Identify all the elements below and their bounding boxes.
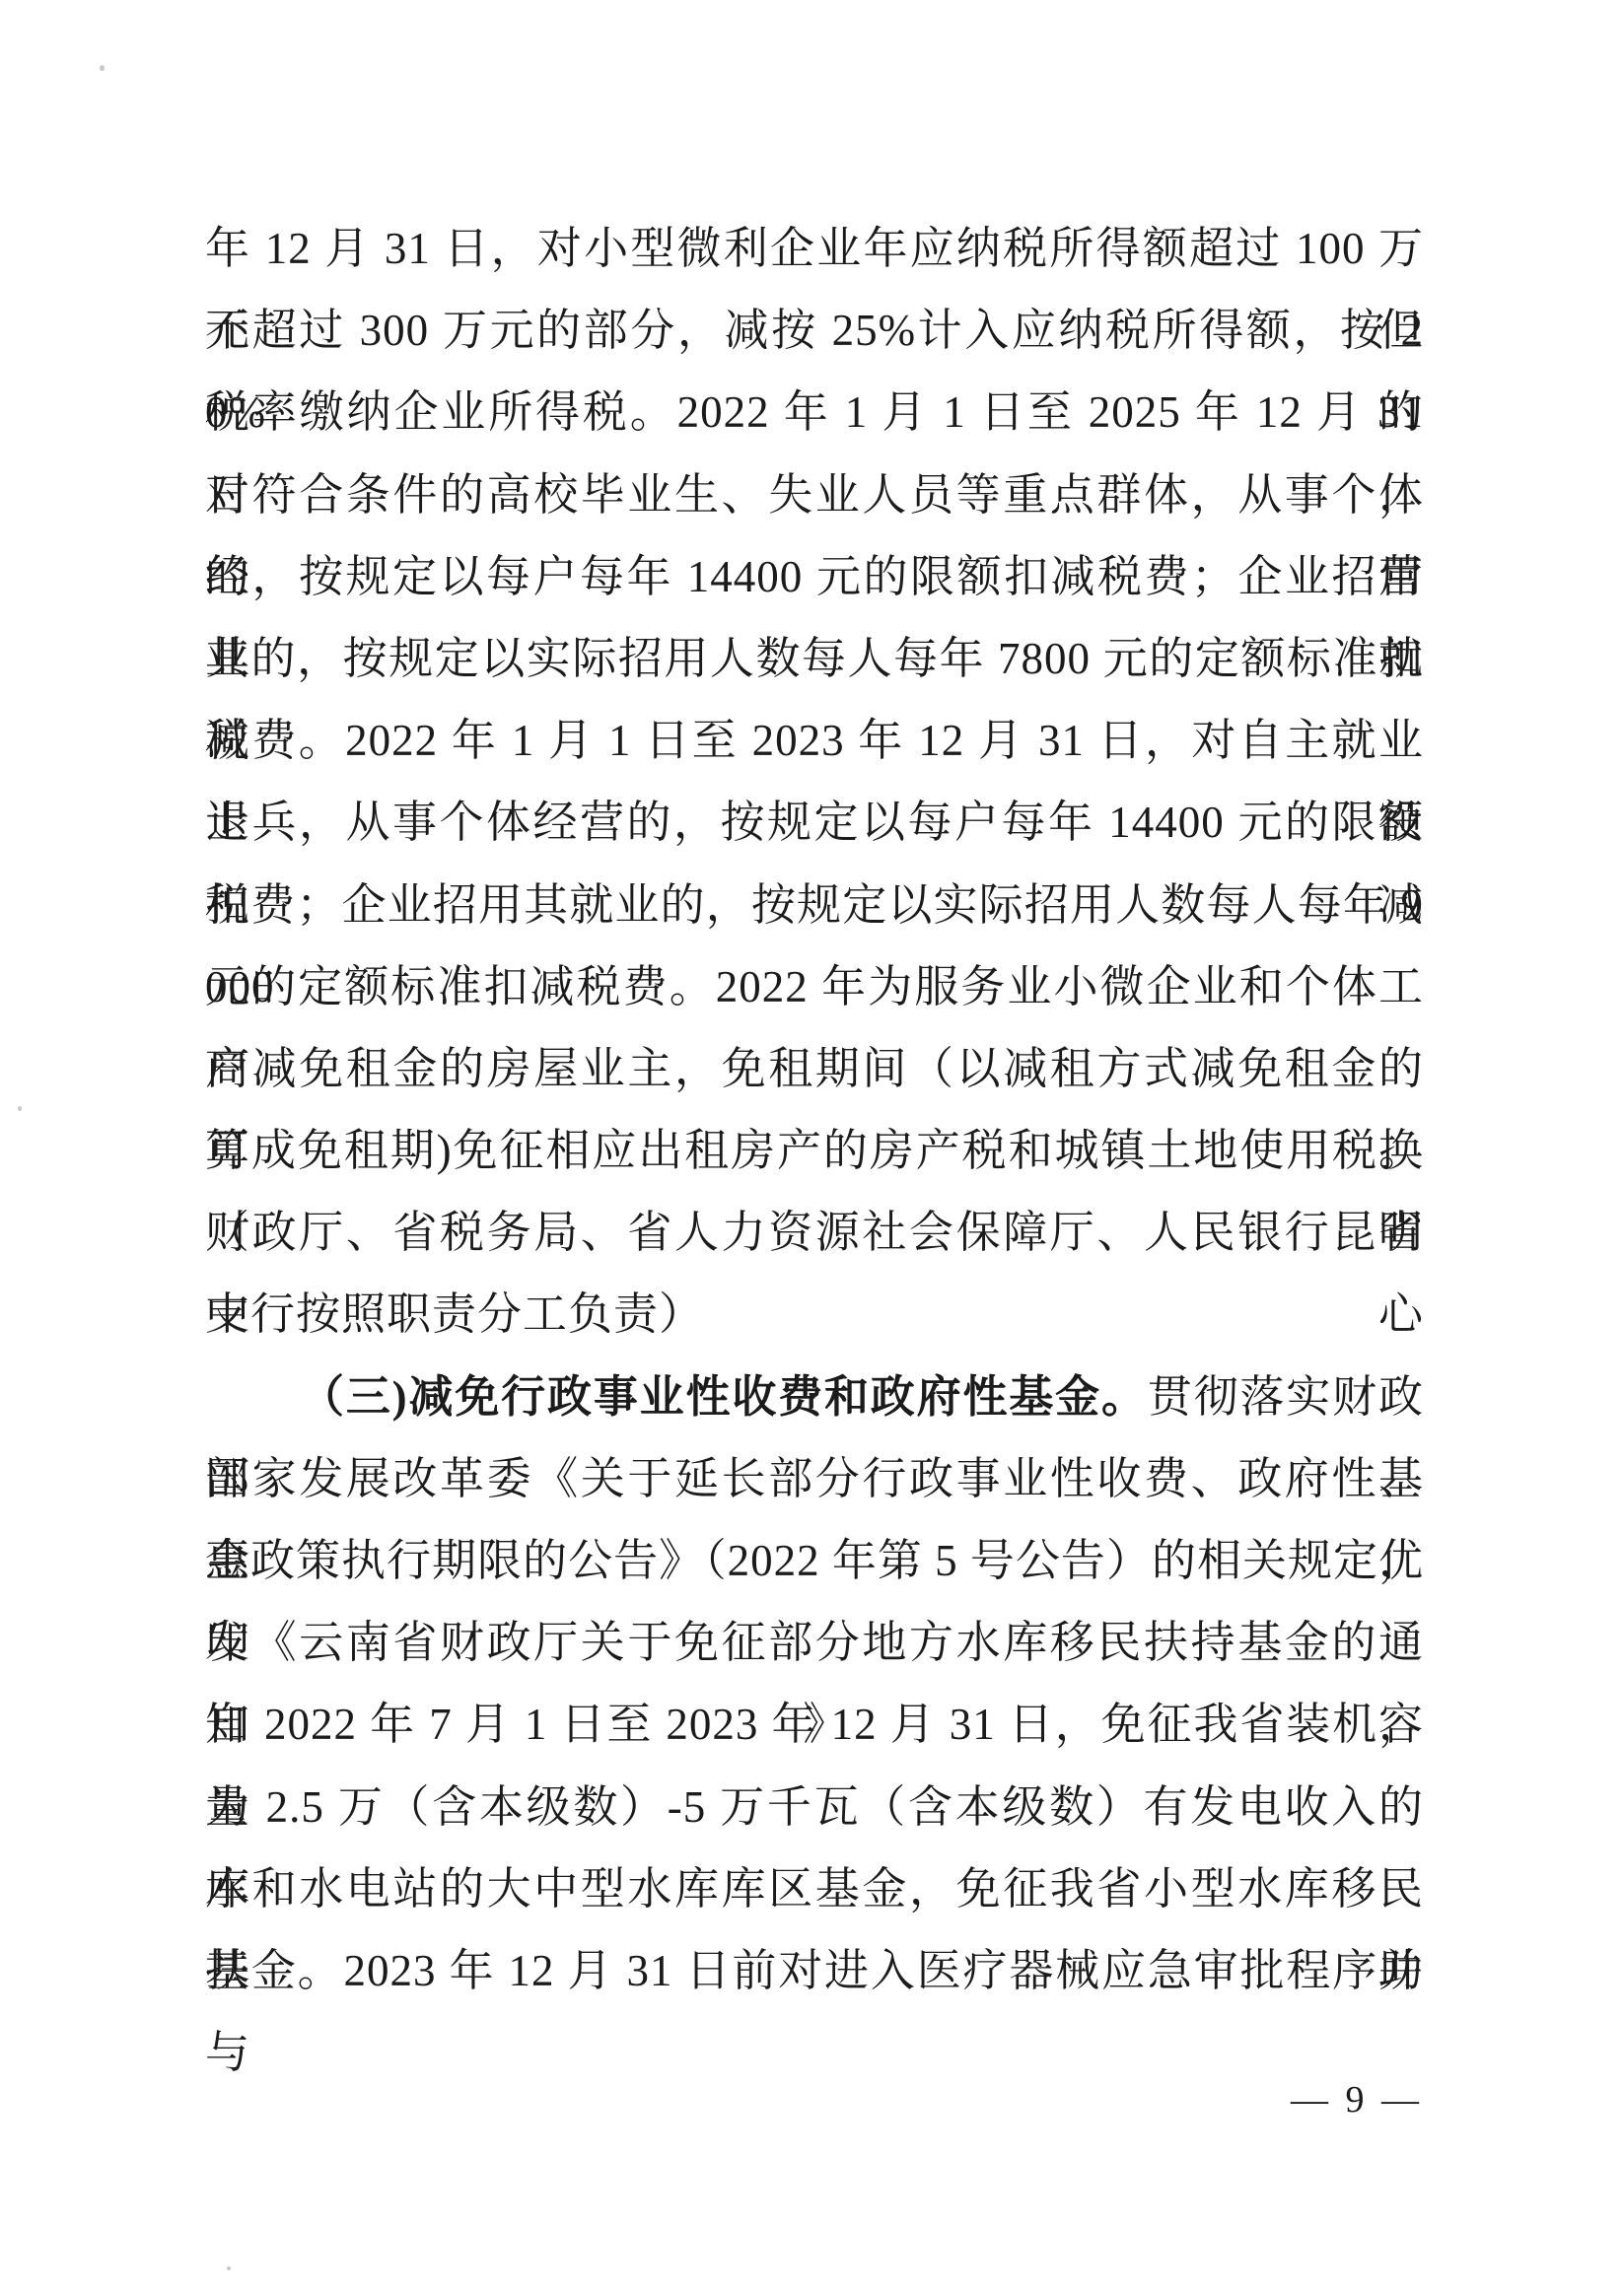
text-line: 业的，按规定以实际招用人数每人每年 7800 元的定额标准扣减 bbox=[205, 618, 1424, 700]
text-line: 税费；企业招用其就业的，按规定以实际招用人数每人每年 9000 bbox=[205, 865, 1424, 946]
page-number: — 9 — bbox=[1278, 2076, 1436, 2123]
text-line: 自 2022 年 7 月 1 日至 2023 年 12 月 31 日，免征我省装… bbox=[205, 1684, 1424, 1766]
text-line: 惠政策执行期限的公告》（2022 年第 5 号公告）的相关规定，印 bbox=[205, 1520, 1424, 1602]
text-line: 税率缴纳企业所得税。2022 年 1 月 1 日至 2025 年 12 月 31… bbox=[205, 372, 1424, 453]
document-page: 年 12 月 31 日，对小型微利企业年应纳税所得额超过 100 万元但 不超过… bbox=[0, 0, 1623, 2296]
section-heading: （三)减免行政事业性收费和政府性基金。 bbox=[300, 1372, 1148, 1422]
text-line: 财政厅、省税务局、省人力资源社会保障厅、人民银行昆明中心 bbox=[205, 1192, 1424, 1274]
text-line: 的，按规定以每户每年 14400 元的限额扣减税费；企业招用其就 bbox=[205, 536, 1424, 618]
body-text: 年 12 月 31 日，对小型微利企业年应纳税所得额超过 100 万元但 不超过… bbox=[205, 208, 1424, 2012]
section-heading-line: （三)减免行政事业性收费和政府性基金。贯彻落实财政部、 bbox=[205, 1357, 1424, 1438]
text-line: 国家发展改革委《关于延长部分行政事业性收费、政府性基金优 bbox=[205, 1438, 1424, 1520]
text-line: 发《云南省财政厅关于免征部分地方水库移民扶持基金的通知》， bbox=[205, 1602, 1424, 1684]
text-line: 士兵，从事个体经营的，按规定以每户每年 14400 元的限额扣减 bbox=[205, 782, 1424, 864]
text-line: 算成免租期)免征相应出租房产的房产税和城镇土地使用税。（省 bbox=[205, 1110, 1424, 1192]
text-line: 元的定额标准扣减税费。2022 年为服务业小微企业和个体工商 bbox=[205, 946, 1424, 1028]
text-line: 为 2.5 万（含本级数）-5 万千瓦（含本级数）有发电收入的水 bbox=[205, 1767, 1424, 1848]
text-line: 税费。2022 年 1 月 1 日至 2023 年 12 月 31 日，对自主就… bbox=[205, 700, 1424, 782]
text-line: 对符合条件的高校毕业生、失业人员等重点群体，从事个体经营 bbox=[205, 454, 1424, 536]
text-line: 库和水电站的大中型水库库区基金，免征我省小型水库移民扶助 bbox=[205, 1848, 1424, 1930]
scan-speck bbox=[227, 2266, 231, 2270]
text-line: 年 12 月 31 日，对小型微利企业年应纳税所得额超过 100 万元但 bbox=[205, 208, 1424, 290]
text-line: 不超过 300 万元的部分，减按 25%计入应纳税所得额，按 20%的 bbox=[205, 290, 1424, 372]
scan-speck bbox=[100, 65, 105, 71]
text-line: 户减免租金的房屋业主，免租期间（以减租方式减免租金的可换 bbox=[205, 1028, 1424, 1110]
scan-speck bbox=[18, 1106, 22, 1111]
text-line: 基金。2023 年 12 月 31 日前对进入医疗器械应急审批程序并与 bbox=[205, 1930, 1424, 2012]
